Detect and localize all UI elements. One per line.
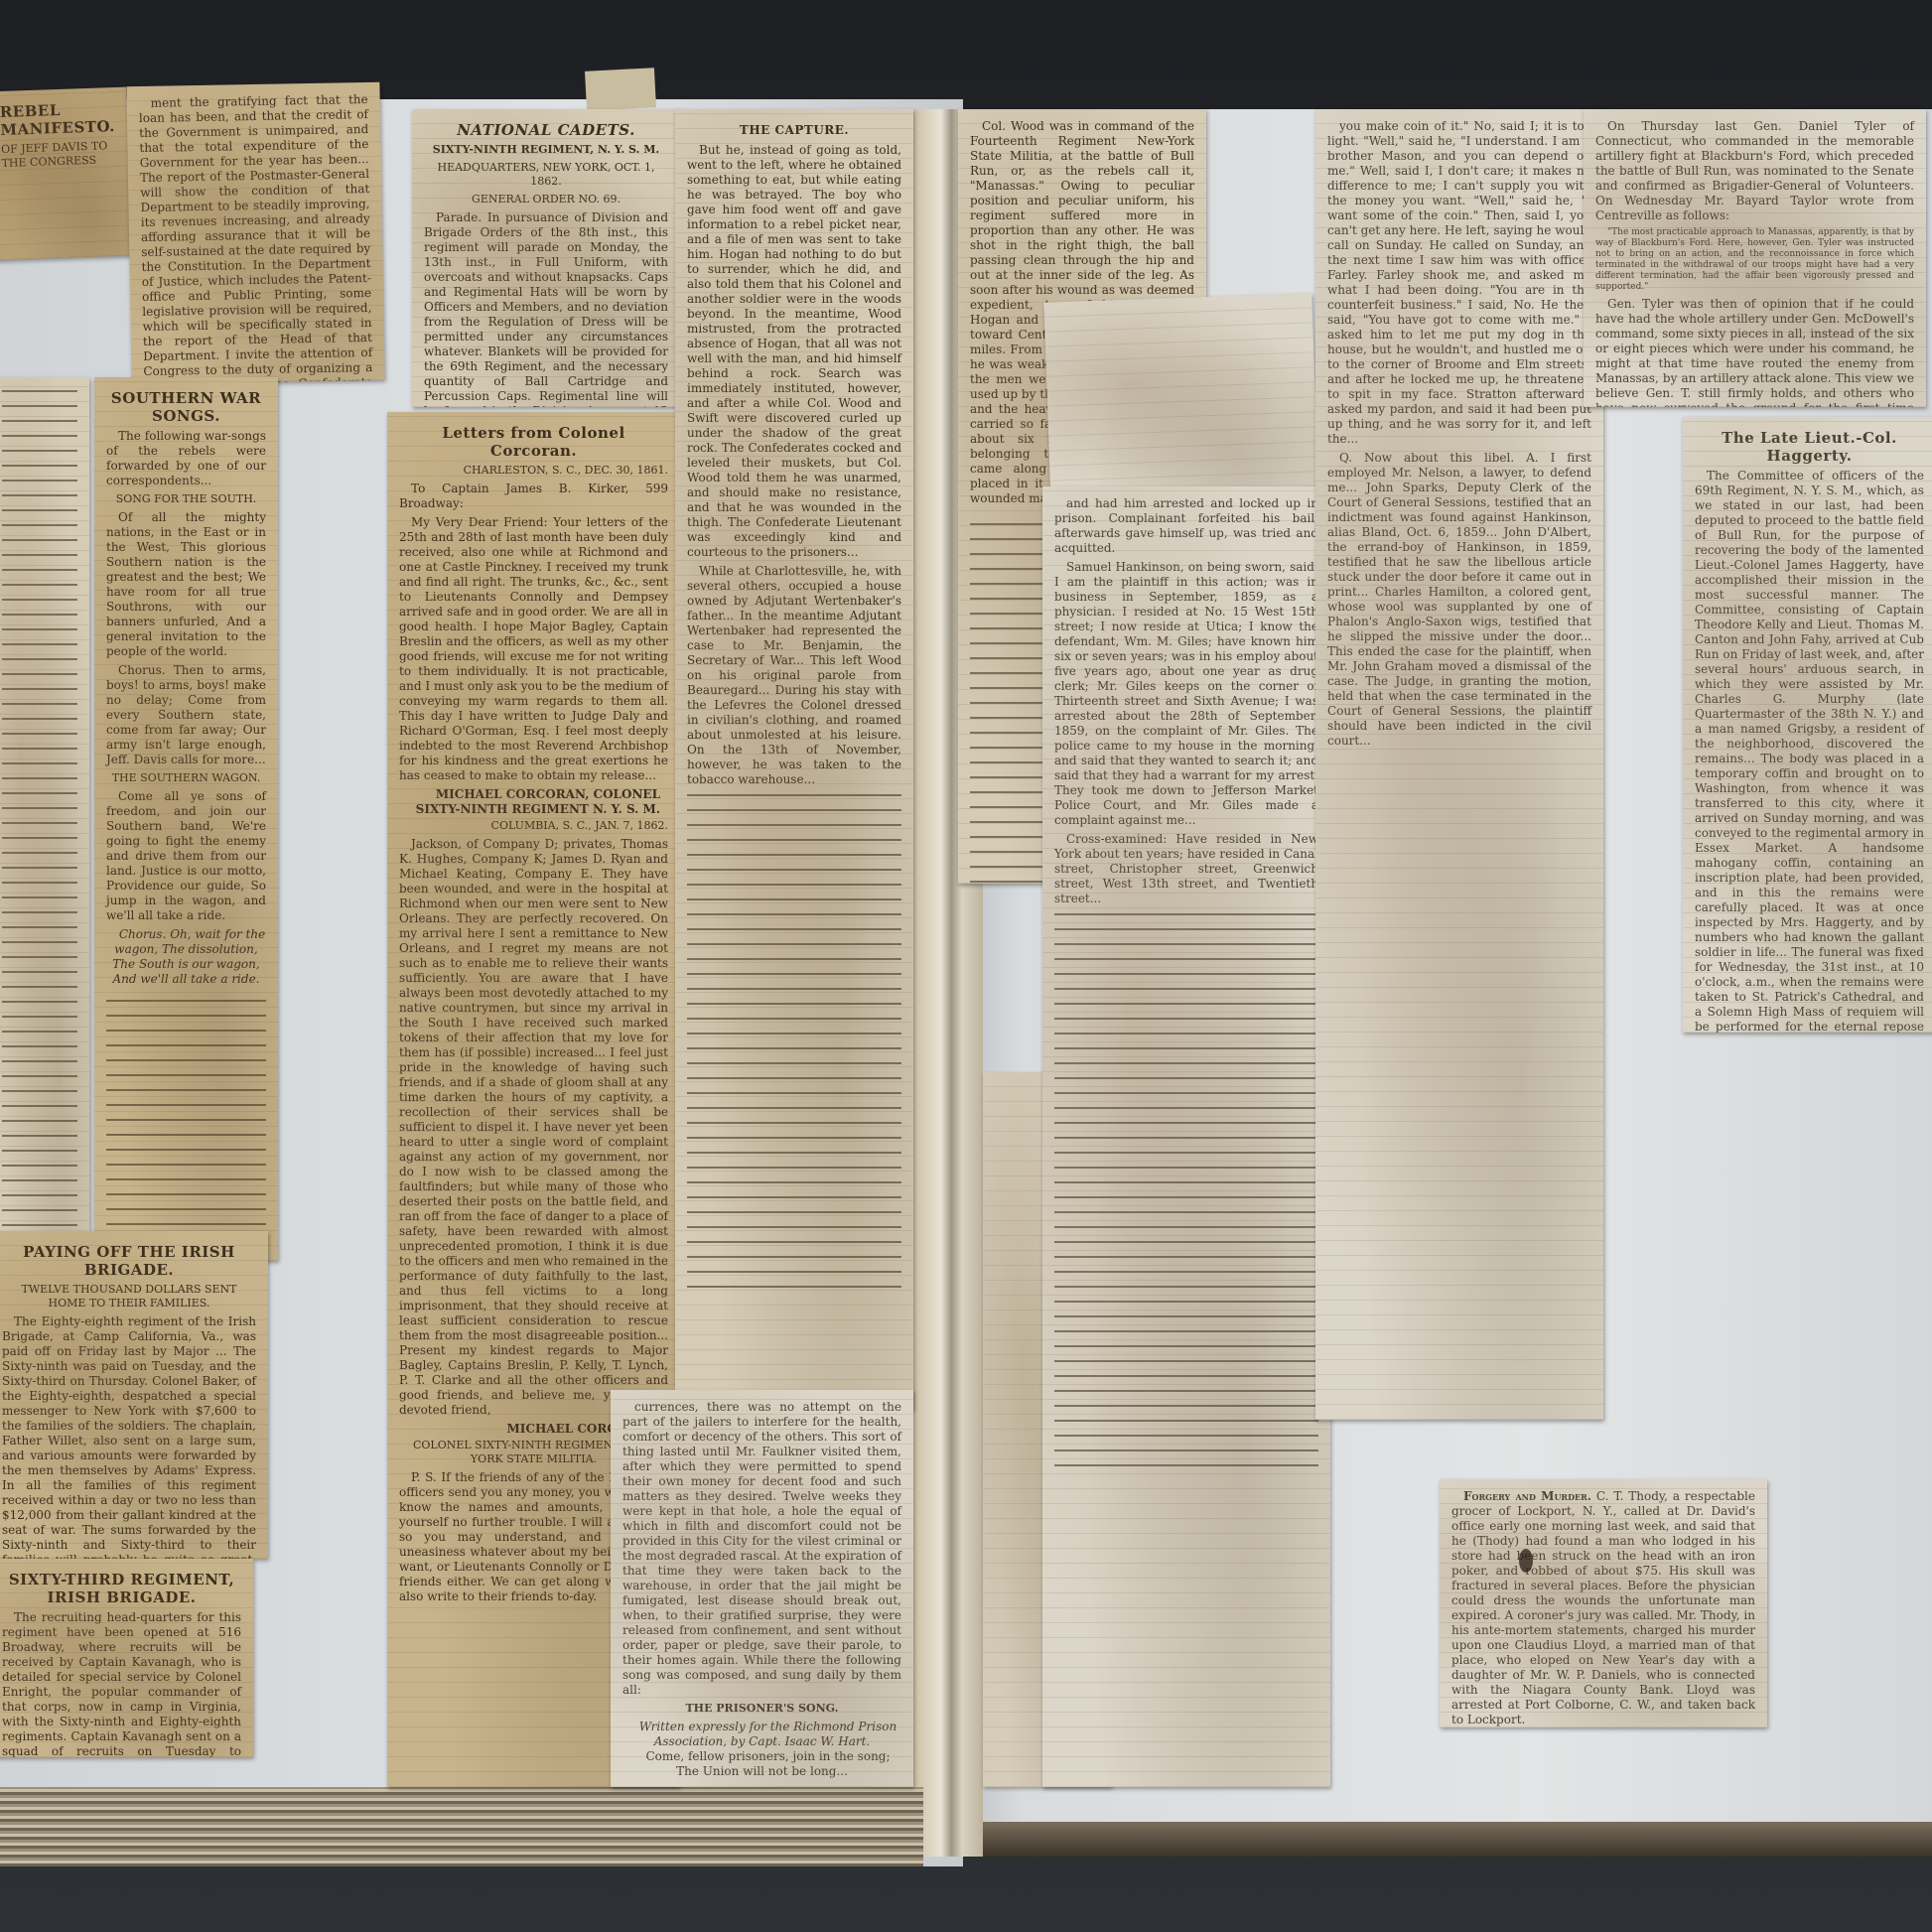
clipping-prisoners-song: currences, there was no attempt on the p… bbox=[611, 1390, 913, 1787]
letter-body: My Very Dear Friend: Your letters of the… bbox=[399, 515, 668, 783]
song-credit: Written expressly for the Richmond Priso… bbox=[622, 1720, 901, 1749]
song-first-line: Come, fellow prisoners, join in the song… bbox=[622, 1749, 901, 1779]
testimony-body: Samuel Hankinson, on being sworn, said: … bbox=[1054, 560, 1318, 828]
article-body: The recruiting head-quarters for this re… bbox=[2, 1610, 241, 1757]
subhead: Sixty-Ninth Regiment, N. Y. S. M. bbox=[424, 143, 668, 157]
clipping-gen-tyler: On Thursday last Gen. Daniel Tyler of Co… bbox=[1584, 109, 1926, 407]
clipping-rebel-manifesto-body: ment the gratifying fact that the loan h… bbox=[126, 82, 384, 384]
torn-paper-tab bbox=[585, 68, 656, 111]
headline: Sixty-Third Regiment, Irish Brigade. bbox=[2, 1571, 241, 1606]
dateline: Charleston, S. C., Dec. 30, 1861. bbox=[399, 464, 668, 478]
page-edges bbox=[0, 1787, 923, 1866]
song-title: The Prisoner's Song. bbox=[622, 1702, 901, 1716]
cover-edge bbox=[983, 1822, 1932, 1857]
clipping-paying-off-irish-brigade: Paying Off the Irish Brigade. Twelve Tho… bbox=[0, 1231, 268, 1559]
article-body: ment the gratifying fact that the loan h… bbox=[139, 92, 378, 384]
clipping-blank-patch bbox=[1043, 293, 1318, 510]
cross-examination: Cross-examined: Have resided in New York… bbox=[1054, 832, 1318, 906]
clipping-sixty-third-regiment: Sixty-Third Regiment, Irish Brigade. The… bbox=[0, 1559, 253, 1757]
song-title: Song for the South. bbox=[106, 492, 266, 506]
verse: Of all the mighty nations, in the East o… bbox=[106, 510, 266, 659]
article-body-2: While at Charlottesville, he, with sever… bbox=[687, 564, 901, 787]
subhead: of Jeff Davis to the Congress bbox=[1, 139, 117, 171]
lead-line: and had him arrested and locked up in pr… bbox=[1054, 496, 1318, 556]
article-body: Forgery and Murder. C. T. Thody, a respe… bbox=[1451, 1489, 1755, 1727]
article-text: C. T. Thody, a respectable grocer of Loc… bbox=[1451, 1489, 1755, 1726]
article-body-2: Gen. Tyler was then of opinion that if h… bbox=[1595, 297, 1914, 407]
subhead: Twelve Thousand Dollars Sent Home to The… bbox=[2, 1283, 256, 1311]
testimony-body: you make coin of it." No, said I; it is … bbox=[1327, 119, 1591, 447]
open-scrapbook: Rebel Manifesto. of Jeff Davis to the Co… bbox=[0, 79, 1932, 1876]
verse-2: Come all ye sons of freedom, and join ou… bbox=[106, 789, 266, 923]
ink-stain bbox=[1519, 1549, 1533, 1573]
clipping-the-capture: The Capture. But he, instead of going as… bbox=[675, 109, 913, 1410]
article-body: Parade. In pursuance of Division and Bri… bbox=[424, 210, 668, 407]
intro: The following war-songs of the rebels we… bbox=[106, 429, 266, 488]
clipping-fragment: text bbox=[0, 377, 89, 1311]
clipping-forgery-and-murder: Forgery and Murder. C. T. Thody, a respe… bbox=[1440, 1479, 1767, 1727]
headline: Letters from Colonel Corcoran. bbox=[399, 424, 668, 460]
song-title-2: The Southern Wagon. bbox=[106, 771, 266, 785]
headline: The Late Lieut.-Col. Haggerty. bbox=[1695, 429, 1924, 465]
chorus-2: Chorus. Oh, wait for the wagon, The diss… bbox=[106, 927, 266, 987]
article-body: The Eighty-eighth regiment of the Irish … bbox=[2, 1314, 256, 1559]
clipping-hankinson-testimony: and had him arrested and locked up in pr… bbox=[1042, 486, 1330, 1787]
headline: Southern War Songs. bbox=[106, 389, 266, 425]
headline: Paying Off the Irish Brigade. bbox=[2, 1243, 256, 1279]
letter-body-2: Jackson, of Company D; privates, Thomas … bbox=[399, 837, 668, 1418]
article-body: On Thursday last Gen. Daniel Tyler of Co… bbox=[1595, 119, 1914, 223]
article-body: The Committee of officers of the 69th Re… bbox=[1695, 469, 1924, 1033]
dateline-2: Columbia, S. C., Jan. 7, 1862. bbox=[399, 819, 668, 833]
clipping-southern-war-songs: Southern War Songs. The following war-so… bbox=[94, 377, 278, 1261]
headquarters-line: Headquarters, New York, Oct. 1, 1862. bbox=[424, 161, 668, 189]
general-order: General Order No. 69. bbox=[424, 193, 668, 207]
testimony-body-2: Q. Now about this libel. A. I first empl… bbox=[1327, 451, 1591, 749]
signature: Michael Corcoran, Colonel Sixty-ninth Re… bbox=[399, 787, 660, 817]
clipping-rebel-manifesto: Rebel Manifesto. of Jeff Davis to the Co… bbox=[0, 87, 132, 261]
salutation: To Captain James B. Kirker, 599 Broadway… bbox=[399, 482, 668, 511]
chorus: Chorus. Then to arms, boys! to arms, boy… bbox=[106, 663, 266, 767]
article-body: But he, instead of going as told, went t… bbox=[687, 143, 901, 560]
quote: "The most practicable approach to Manass… bbox=[1595, 227, 1914, 293]
headline: National Cadets. bbox=[424, 121, 668, 139]
headline: The Capture. bbox=[687, 121, 901, 139]
article-continuation: currences, there was no attempt on the p… bbox=[622, 1400, 901, 1698]
clipping-coin-testimony: you make coin of it." No, said I; it is … bbox=[1315, 109, 1603, 1420]
headline: Rebel Manifesto. bbox=[0, 99, 116, 139]
clipping-national-cadets: National Cadets. Sixty-Ninth Regiment, N… bbox=[412, 109, 680, 407]
inline-headline: Forgery and Murder. bbox=[1463, 1489, 1591, 1503]
clipping-late-lieut-col-haggerty: The Late Lieut.-Col. Haggerty. The Commi… bbox=[1683, 417, 1932, 1033]
